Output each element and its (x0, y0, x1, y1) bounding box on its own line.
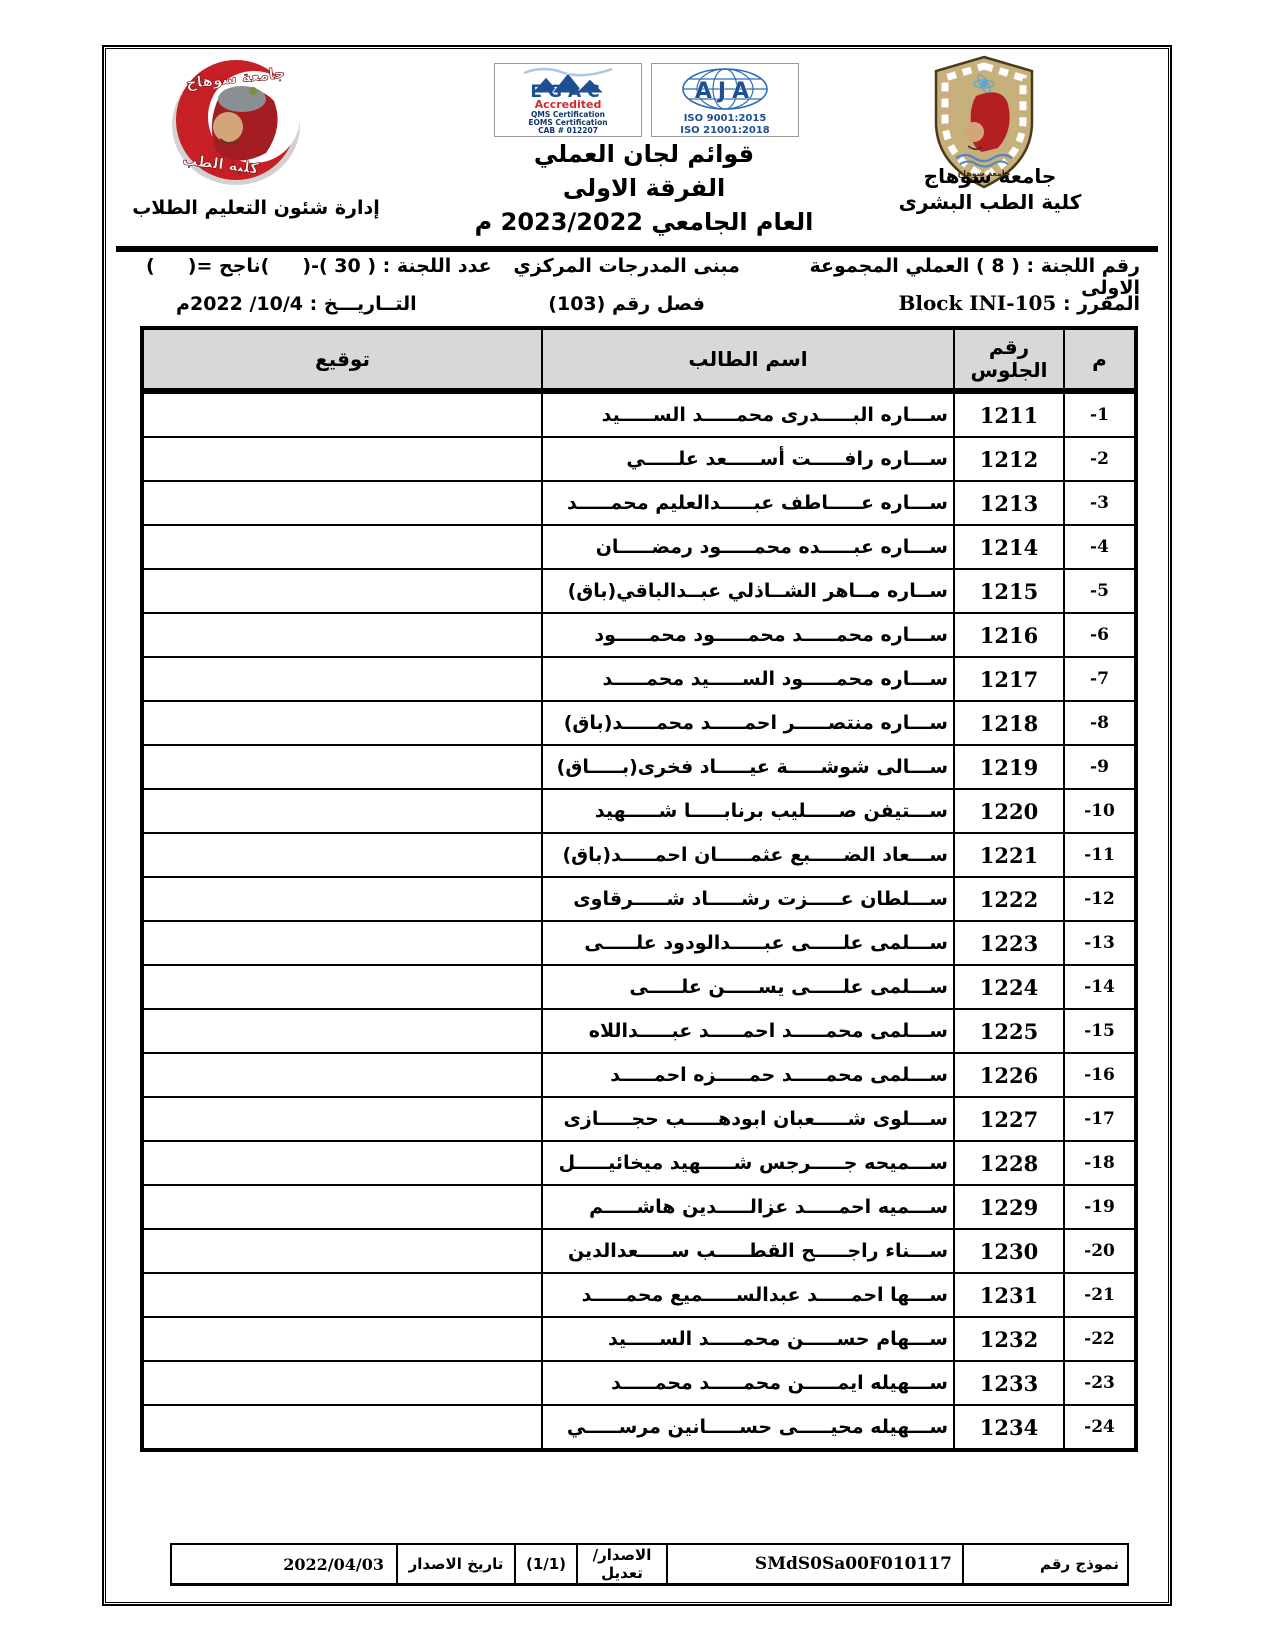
row-number: 24- (1064, 1405, 1136, 1450)
building-name: مبنى المدرجات المركزي (502, 255, 751, 277)
seat-number: 1233 (954, 1361, 1064, 1405)
student-row: 23- 1233 ســـهيله ايمـــــن محمـــــد مح… (142, 1361, 1136, 1405)
student-table-body: 1- 1211 ســـاره البـــــدرى محمـــــد ال… (142, 391, 1136, 1450)
student-name: ســـاره محمـــــود الســـــيد محمـــــد (542, 657, 954, 701)
seat-number: 1228 (954, 1141, 1064, 1185)
seat-header-line2: الجلوس (956, 359, 1062, 382)
faculty-name: كلية الطب البشرى (860, 189, 1120, 215)
column-header-signature: توقيع (142, 328, 542, 391)
course-code: Block INI-105 (898, 291, 1056, 315)
signature-cell (142, 789, 542, 833)
signature-cell (142, 1317, 542, 1361)
aja-iso1: ISO 9001:2015 (684, 113, 767, 124)
student-name: ســـلمى محمـــــد حمـــــزه احمـــــد (542, 1053, 954, 1097)
row-number: 20- (1064, 1229, 1136, 1273)
student-row: 1- 1211 ســـاره البـــــدرى محمـــــد ال… (142, 391, 1136, 437)
form-code: SMdS0Sa00F010117 (667, 1544, 963, 1585)
row-number: 1- (1064, 391, 1136, 437)
title-line-2: الفرقة الاولى (404, 171, 884, 205)
student-row: 5- 1215 ســاره مــاهر الشــاذلي عبــدالب… (142, 569, 1136, 613)
row-number: 17- (1064, 1097, 1136, 1141)
form-number-label: نموذج رقم (963, 1544, 1128, 1585)
egac-accreditation-logo-icon: EGAC Accredited QMS Certification EOMS C… (494, 63, 642, 137)
seat-number: 1211 (954, 391, 1064, 437)
student-name: ســـتيفن صـــــليب برنابـــــا شـــــهيد (542, 789, 954, 833)
seat-number: 1222 (954, 877, 1064, 921)
row-number: 12- (1064, 877, 1136, 921)
row-number: 22- (1064, 1317, 1136, 1361)
aja-iso2: ISO 21001:2018 (680, 125, 770, 136)
signature-cell (142, 833, 542, 877)
student-name: ســـالى شوشـــــة عيـــــاد فخرى(بـــــا… (542, 745, 954, 789)
student-name: ســـاره البـــــدرى محمـــــد الســـــيد (542, 391, 954, 437)
student-name: ســـميه احمـــــد عزالـــــدين هاشـــــم (542, 1185, 954, 1229)
signature-cell (142, 1405, 542, 1450)
signature-cell (142, 745, 542, 789)
student-name: ســـاره رافـــــت أســـــعد علـــــي (542, 437, 954, 481)
university-name: جامعة سوهاج (860, 163, 1120, 189)
seat-number: 1232 (954, 1317, 1064, 1361)
row-number: 19- (1064, 1185, 1136, 1229)
student-row: 4- 1214 ســـاره عبـــــده محمـــــود رمض… (142, 525, 1136, 569)
student-list-table: م رقم الجلوس اسم الطالب توقيع 1- 1211 سـ… (140, 326, 1138, 1452)
seat-number: 1216 (954, 613, 1064, 657)
student-row: 16- 1226 ســـلمى محمـــــد حمـــــزه احم… (142, 1053, 1136, 1097)
column-header-no: م (1064, 328, 1136, 391)
student-row: 2- 1212 ســـاره رافـــــت أســـــعد علــ… (142, 437, 1136, 481)
student-row: 3- 1213 ســـاره عـــــاطف عبـــــدالعليم… (142, 481, 1136, 525)
student-row: 13- 1223 ســـلمى علـــــى عبـــــدالودود… (142, 921, 1136, 965)
student-row: 19- 1229 ســـميه احمـــــد عزالـــــدين … (142, 1185, 1136, 1229)
student-row: 8- 1218 ســـاره منتصـــــر احمـــــد محم… (142, 701, 1136, 745)
issue-label: الاصدار/تعديل (577, 1544, 667, 1585)
signature-cell (142, 525, 542, 569)
student-row: 11- 1221 ســـعاد الضـــــبع عثمـــــان ا… (142, 833, 1136, 877)
info-row-1: رقم اللجنة : ( 8 ) العملي المجموعة الاول… (118, 255, 1156, 291)
seat-number: 1224 (954, 965, 1064, 1009)
student-row: 21- 1231 ســـها احمـــــد عبدالســـــميع… (142, 1273, 1136, 1317)
faculty-crescent-logo-icon: جامعة سوهاج كلية الطب (150, 57, 328, 189)
student-name: ســـاره عـــــاطف عبـــــدالعليم محمــــ… (542, 481, 954, 525)
row-number: 2- (1064, 437, 1136, 481)
signature-cell (142, 1273, 542, 1317)
student-row: 18- 1228 ســـميحه جـــــرجس شـــــهيد مي… (142, 1141, 1136, 1185)
signature-cell (142, 1053, 542, 1097)
document-title-block: قوائم لجان العملي الفرقة الاولى العام ال… (404, 137, 884, 239)
row-number: 6- (1064, 613, 1136, 657)
row-number: 18- (1064, 1141, 1136, 1185)
sheet-border: جامعة سوهاج كلية الطب إدارة شئون التعليم… (102, 45, 1172, 1606)
signature-cell (142, 1185, 542, 1229)
student-row: 12- 1222 ســـلطان عـــــزت رشـــــاد شــ… (142, 877, 1136, 921)
signature-cell (142, 1141, 542, 1185)
student-row: 7- 1217 ســـاره محمـــــود الســـــيد مح… (142, 657, 1136, 701)
signature-cell (142, 965, 542, 1009)
row-number: 15- (1064, 1009, 1136, 1053)
row-number: 9- (1064, 745, 1136, 789)
seat-number: 1212 (954, 437, 1064, 481)
seat-number: 1225 (954, 1009, 1064, 1053)
student-row: 14- 1224 ســـلمى علـــــى يســـــن علـــ… (142, 965, 1136, 1009)
student-row: 22- 1232 ســـهام حســـــن محمـــــد السـ… (142, 1317, 1136, 1361)
issue-date-label: تاريخ الاصدار (397, 1544, 515, 1585)
student-name: ســـلمى علـــــى عبـــــدالودود علـــــى (542, 921, 954, 965)
student-name: ســـهيله ايمـــــن محمـــــد محمـــــد (542, 1361, 954, 1405)
row-number: 5- (1064, 569, 1136, 613)
department-label: إدارة شئون التعليم الطلاب (126, 197, 386, 219)
student-name: ســـلوى شـــــعبان ابودهـــــب حجـــــاز… (542, 1097, 954, 1141)
student-name: ســـاره محمـــــد محمـــــود محمـــــود (542, 613, 954, 657)
row-number: 14- (1064, 965, 1136, 1009)
aja-name: AJA (695, 79, 755, 104)
seat-number: 1219 (954, 745, 1064, 789)
student-name: ســـاره عبـــــده محمـــــود رمضـــــان (542, 525, 954, 569)
seat-number: 1218 (954, 701, 1064, 745)
seat-number: 1220 (954, 789, 1064, 833)
university-label: جامعة سوهاج كلية الطب البشرى (860, 163, 1120, 215)
seat-header-line1: رقم (956, 336, 1062, 359)
student-name: ســـهام حســـــن محمـــــد الســـــيد (542, 1317, 954, 1361)
seat-number: 1215 (954, 569, 1064, 613)
signature-cell (142, 391, 542, 437)
title-line-1: قوائم لجان العملي (404, 137, 884, 171)
student-name: ســـاره منتصـــــر احمـــــد محمـــــد(ب… (542, 701, 954, 745)
student-name: ســـناء راجـــــح القطـــــب ســـــعدالد… (542, 1229, 954, 1273)
committee-count: عدد اللجنة : ( 30 )-( )ناجح =( ) (118, 255, 502, 277)
exam-info-block: رقم اللجنة : ( 8 ) العملي المجموعة الاول… (118, 255, 1156, 327)
row-number: 10- (1064, 789, 1136, 833)
row-number: 11- (1064, 833, 1136, 877)
student-name: ســـلمى محمـــــد احمـــــد عبـــــداللا… (542, 1009, 954, 1053)
signature-cell (142, 613, 542, 657)
signature-cell (142, 921, 542, 965)
student-row: 6- 1216 ســـاره محمـــــد محمـــــود محم… (142, 613, 1136, 657)
row-number: 23- (1064, 1361, 1136, 1405)
table-header-row: م رقم الجلوس اسم الطالب توقيع (142, 328, 1136, 391)
aja-iso-logo-icon: AJA ISO 9001:2015 ISO 21001:2018 (651, 63, 799, 137)
signature-cell (142, 481, 542, 525)
seat-number: 1227 (954, 1097, 1064, 1141)
signature-cell (142, 701, 542, 745)
student-name: ســـها احمـــــد عبدالســـــميع محمـــــ… (542, 1273, 954, 1317)
student-name: ســـميحه جـــــرجس شـــــهيد ميخائيـــــ… (542, 1141, 954, 1185)
signature-cell (142, 877, 542, 921)
row-number: 13- (1064, 921, 1136, 965)
student-row: 10- 1220 ســـتيفن صـــــليب برنابـــــا … (142, 789, 1136, 833)
form-footer-table: نموذج رقم SMdS0Sa00F010117 الاصدار/تعديل… (170, 1543, 1129, 1586)
column-header-name: اسم الطالب (542, 328, 954, 391)
seat-number: 1214 (954, 525, 1064, 569)
student-name: ســاره مــاهر الشــاذلي عبــدالباقي(باق) (542, 569, 954, 613)
student-name: ســـعاد الضـــــبع عثمـــــان احمـــــد(… (542, 833, 954, 877)
signature-cell (142, 657, 542, 701)
course-field: المقرر : Block INI-105 (751, 291, 1156, 315)
seat-number: 1217 (954, 657, 1064, 701)
course-label: المقرر : (1063, 293, 1140, 315)
signature-cell (142, 1361, 542, 1405)
seat-number: 1234 (954, 1405, 1064, 1450)
document-page: { "colors":{"accent_red":"#c61f26","shie… (0, 0, 1275, 1650)
seat-number: 1226 (954, 1053, 1064, 1097)
room-number: فصل رقم (103) (502, 293, 751, 315)
signature-cell (142, 1097, 542, 1141)
title-line-3: العام الجامعي 2023/2022 م (404, 205, 884, 239)
student-row: 20- 1230 ســـناء راجـــــح القطـــــب سـ… (142, 1229, 1136, 1273)
student-name: ســـلطان عـــــزت رشـــــاد شـــــرقاوى (542, 877, 954, 921)
seat-number: 1221 (954, 833, 1064, 877)
signature-cell (142, 569, 542, 613)
signature-cell (142, 1009, 542, 1053)
student-row: 15- 1225 ســـلمى محمـــــد احمـــــد عبـ… (142, 1009, 1136, 1053)
issue-value: (1/1) (515, 1544, 577, 1585)
student-row: 24- 1234 ســـهيله محيـــــى حســـــانين … (142, 1405, 1136, 1450)
seat-number: 1213 (954, 481, 1064, 525)
row-number: 4- (1064, 525, 1136, 569)
egac-cert-line3: CAB # 012207 (538, 126, 598, 135)
student-row: 9- 1219 ســـالى شوشـــــة عيـــــاد فخرى… (142, 745, 1136, 789)
issue-date-value: 2022/04/03 (171, 1544, 397, 1585)
row-number: 16- (1064, 1053, 1136, 1097)
footer-row: نموذج رقم SMdS0Sa00F010117 الاصدار/تعديل… (171, 1544, 1128, 1585)
seat-number: 1231 (954, 1273, 1064, 1317)
signature-cell (142, 437, 542, 481)
seat-number: 1229 (954, 1185, 1064, 1229)
row-number: 3- (1064, 481, 1136, 525)
signature-cell (142, 1229, 542, 1273)
student-name: ســـهيله محيـــــى حســـــانين مرســـــي (542, 1405, 954, 1450)
student-name: ســـلمى علـــــى يســـــن علـــــى (542, 965, 954, 1009)
seat-number: 1230 (954, 1229, 1064, 1273)
exam-date: التــاريـــخ : 10/4/ 2022م (118, 293, 502, 315)
row-number: 21- (1064, 1273, 1136, 1317)
row-number: 8- (1064, 701, 1136, 745)
row-number: 7- (1064, 657, 1136, 701)
column-header-seat: رقم الجلوس (954, 328, 1064, 391)
seat-number: 1223 (954, 921, 1064, 965)
student-row: 17- 1227 ســـلوى شـــــعبان ابودهـــــب … (142, 1097, 1136, 1141)
info-row-2: المقرر : Block INI-105 فصل رقم (103) الت… (118, 291, 1156, 327)
header-divider (116, 246, 1158, 252)
